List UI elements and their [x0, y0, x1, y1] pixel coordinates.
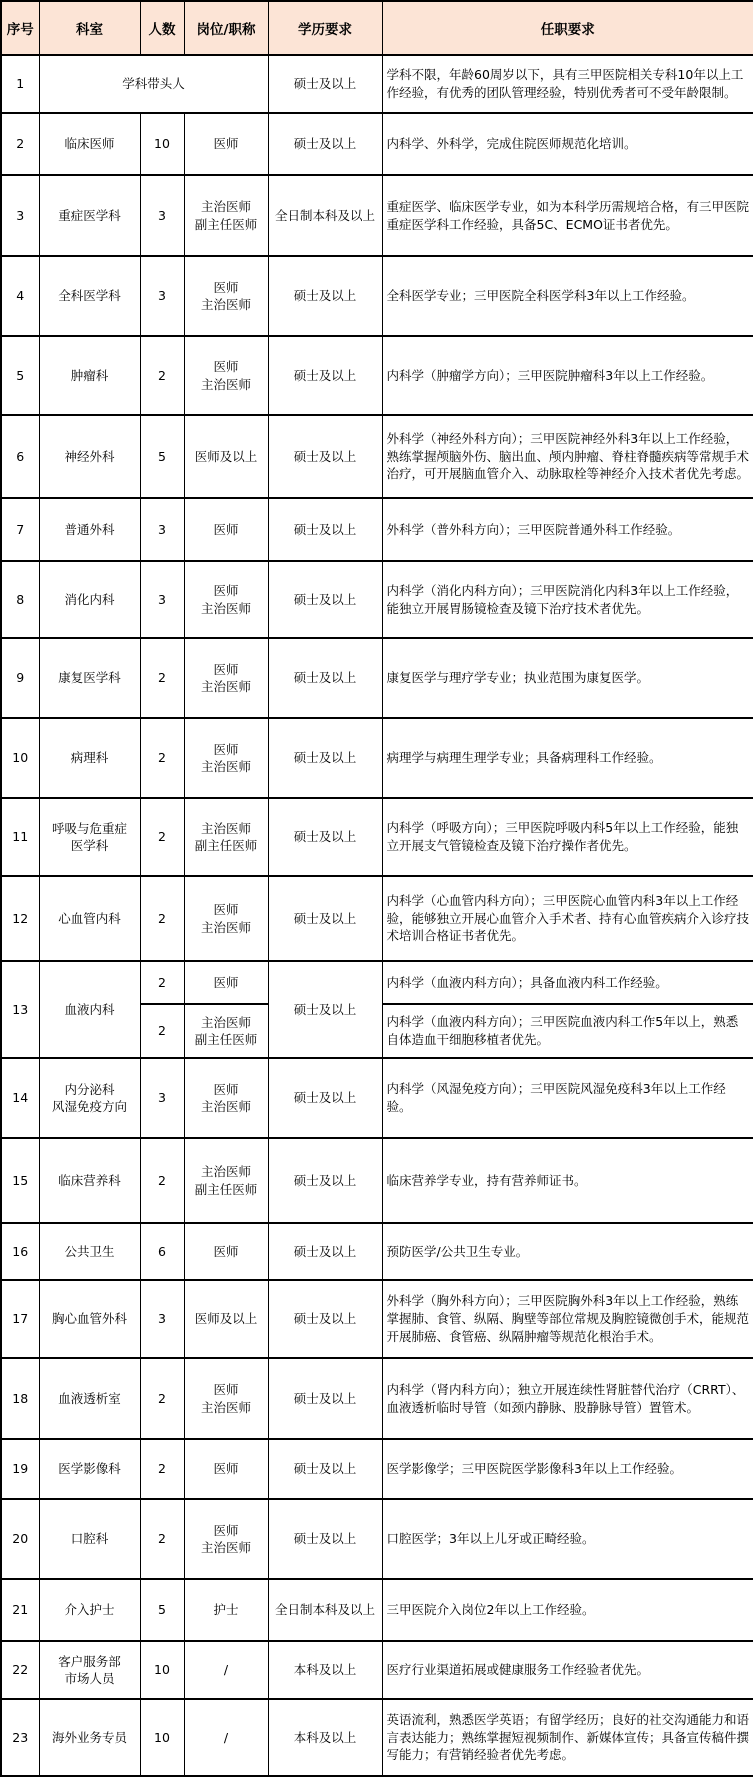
cell-title: 主治医师 副主任医师 — [184, 175, 268, 256]
cell-title: 医师 — [184, 498, 268, 561]
cell-no: 17 — [1, 1280, 39, 1358]
cell-req: 外科学（胸外科方向）；三甲医院胸外科3年以上工作经验，熟练掌握肺、食管、纵隔、胸… — [382, 1280, 753, 1358]
cell-title: 医师 — [184, 113, 268, 175]
cell-req: 学科不限，年龄60周岁以下，具有三甲医院相关专科10年以上工作经验，有优秀的团队… — [382, 55, 753, 113]
cell-no: 3 — [1, 175, 39, 256]
column-header-edu: 学历要求 — [268, 1, 382, 55]
table-row: 1学科带头人硕士及以上学科不限，年龄60周岁以下，具有三甲医院相关专科10年以上… — [1, 55, 753, 113]
cell-title: 医师及以上 — [184, 1280, 268, 1358]
cell-no: 7 — [1, 498, 39, 561]
table-row: 15临床营养科2主治医师 副主任医师硕士及以上临床营养学专业，持有营养师证书。 — [1, 1138, 753, 1223]
column-header-no: 序号 — [1, 1, 39, 55]
table-row: 10病理科2医师 主治医师硕士及以上病理学与病理生理学专业；具备病理科工作经验。 — [1, 718, 753, 798]
cell-no: 18 — [1, 1358, 39, 1439]
recruitment-table: 序号科室人数岗位/职称学历要求任职要求 1学科带头人硕士及以上学科不限，年龄60… — [0, 0, 753, 1777]
cell-no: 12 — [1, 876, 39, 961]
table-row: 8消化内科3医师 主治医师硕士及以上内科学（消化内科方向）；三甲医院消化内科3年… — [1, 561, 753, 638]
table-row: 4全科医学科3医师 主治医师硕士及以上全科医学专业；三甲医院全科医学科3年以上工… — [1, 256, 753, 336]
cell-req: 内科学、外科学，完成住院医师规范化培训。 — [382, 113, 753, 175]
cell-title: 主治医师 副主任医师 — [184, 1138, 268, 1223]
cell-count: 2 — [140, 798, 184, 876]
table-row: 12心血管内科2医师 主治医师硕士及以上内科学（心血管内科方向）；三甲医院心血管… — [1, 876, 753, 961]
cell-title: 医师 主治医师 — [184, 1358, 268, 1439]
cell-req: 内科学（肾内科方向）；独立开展连续性肾脏替代治疗（CRRT）、血液透析临时导管（… — [382, 1358, 753, 1439]
cell-no: 21 — [1, 1579, 39, 1641]
table-row: 22客户服务部 市场人员10/本科及以上医疗行业渠道拓展或健康服务工作经验者优先… — [1, 1641, 753, 1699]
cell-edu: 硕士及以上 — [268, 1499, 382, 1579]
cell-no: 1 — [1, 55, 39, 113]
cell-count: 5 — [140, 1579, 184, 1641]
cell-edu: 硕士及以上 — [268, 798, 382, 876]
cell-count: 10 — [140, 1699, 184, 1776]
cell-title: 主治医师 副主任医师 — [184, 1004, 268, 1058]
cell-req: 外科学（普外科方向）；三甲医院普通外科工作经验。 — [382, 498, 753, 561]
cell-dept: 客户服务部 市场人员 — [39, 1641, 140, 1699]
cell-req: 外科学（神经外科方向）；三甲医院神经外科3年以上工作经验，熟练掌握颅脑外伤、脑出… — [382, 415, 753, 498]
cell-edu: 硕士及以上 — [268, 876, 382, 961]
column-header-title: 岗位/职称 — [184, 1, 268, 55]
cell-edu: 硕士及以上 — [268, 256, 382, 336]
table-row: 3重症医学科3主治医师 副主任医师全日制本科及以上重症医学、临床医学专业，如为本… — [1, 175, 753, 256]
cell-count: 2 — [140, 961, 184, 1004]
cell-dept: 内分泌科 风湿免疫方向 — [39, 1058, 140, 1138]
cell-count: 2 — [140, 336, 184, 415]
cell-dept: 全科医学科 — [39, 256, 140, 336]
column-header-dept: 科室 — [39, 1, 140, 55]
cell-title: 护士 — [184, 1579, 268, 1641]
table-row: 9康复医学科2医师 主治医师硕士及以上康复医学与理疗学专业；执业范围为康复医学。 — [1, 638, 753, 718]
table-row: 16公共卫生6医师硕士及以上预防医学/公共卫生专业。 — [1, 1223, 753, 1280]
cell-req: 三甲医院介入岗位2年以上工作经验。 — [382, 1579, 753, 1641]
cell-edu: 硕士及以上 — [268, 1358, 382, 1439]
cell-dept-merged: 学科带头人 — [39, 55, 268, 113]
cell-no: 2 — [1, 113, 39, 175]
cell-dept: 胸心血管外科 — [39, 1280, 140, 1358]
cell-edu: 本科及以上 — [268, 1699, 382, 1776]
cell-req: 重症医学、临床医学专业，如为本科学历需规培合格，有三甲医院重症医学科工作经验，具… — [382, 175, 753, 256]
cell-req: 内科学（风湿免疫方向）；三甲医院风湿免疫科3年以上工作经验。 — [382, 1058, 753, 1138]
cell-req: 内科学（呼吸方向）；三甲医院呼吸内科5年以上工作经验，能独立开展支气管镜检查及镜… — [382, 798, 753, 876]
cell-count: 10 — [140, 1641, 184, 1699]
cell-edu: 硕士及以上 — [268, 1058, 382, 1138]
cell-edu: 硕士及以上 — [268, 415, 382, 498]
cell-edu: 全日制本科及以上 — [268, 1579, 382, 1641]
cell-no: 8 — [1, 561, 39, 638]
cell-count: 2 — [140, 1439, 184, 1499]
cell-count: 2 — [140, 1138, 184, 1223]
cell-dept: 海外业务专员 — [39, 1699, 140, 1776]
table-row: 23海外业务专员10/本科及以上英语流利，熟悉医学英语；有留学经历；良好的社交沟… — [1, 1699, 753, 1776]
cell-req: 内科学（消化内科方向）；三甲医院消化内科3年以上工作经验，能独立开展胃肠镜检查及… — [382, 561, 753, 638]
cell-dept: 临床医师 — [39, 113, 140, 175]
cell-req: 医学影像学；三甲医院医学影像科3年以上工作经验。 — [382, 1439, 753, 1499]
cell-count: 3 — [140, 175, 184, 256]
cell-req: 内科学（血液内科方向）；三甲医院血液内科工作5年以上，熟悉自体造血干细胞移植者优… — [382, 1004, 753, 1058]
cell-no: 15 — [1, 1138, 39, 1223]
cell-count: 3 — [140, 498, 184, 561]
cell-edu: 硕士及以上 — [268, 1280, 382, 1358]
cell-count: 2 — [140, 1358, 184, 1439]
cell-req: 口腔医学；3年以上儿牙或正畸经验。 — [382, 1499, 753, 1579]
cell-req: 临床营养学专业，持有营养师证书。 — [382, 1138, 753, 1223]
table-header: 序号科室人数岗位/职称学历要求任职要求 — [1, 1, 753, 55]
cell-edu: 本科及以上 — [268, 1641, 382, 1699]
cell-req: 医疗行业渠道拓展或健康服务工作经验者优先。 — [382, 1641, 753, 1699]
table-row: 14内分泌科 风湿免疫方向3医师 主治医师硕士及以上内科学（风湿免疫方向）；三甲… — [1, 1058, 753, 1138]
cell-title: 医师 主治医师 — [184, 876, 268, 961]
cell-dept: 介入护士 — [39, 1579, 140, 1641]
cell-title: 医师 — [184, 1439, 268, 1499]
table-body: 1学科带头人硕士及以上学科不限，年龄60周岁以下，具有三甲医院相关专科10年以上… — [1, 55, 753, 1776]
table-row: 21介入护士5护士全日制本科及以上三甲医院介入岗位2年以上工作经验。 — [1, 1579, 753, 1641]
cell-edu: 硕士及以上 — [268, 113, 382, 175]
cell-count: 3 — [140, 561, 184, 638]
cell-dept: 病理科 — [39, 718, 140, 798]
cell-req: 病理学与病理生理学专业；具备病理科工作经验。 — [382, 718, 753, 798]
cell-no: 11 — [1, 798, 39, 876]
cell-no: 13 — [1, 961, 39, 1058]
cell-no: 6 — [1, 415, 39, 498]
cell-no: 19 — [1, 1439, 39, 1499]
cell-count: 3 — [140, 256, 184, 336]
cell-edu: 硕士及以上 — [268, 638, 382, 718]
cell-count: 2 — [140, 876, 184, 961]
cell-req: 预防医学/公共卫生专业。 — [382, 1223, 753, 1280]
cell-no: 4 — [1, 256, 39, 336]
table-row: 18血液透析室2医师 主治医师硕士及以上内科学（肾内科方向）；独立开展连续性肾脏… — [1, 1358, 753, 1439]
cell-dept: 康复医学科 — [39, 638, 140, 718]
cell-dept: 心血管内科 — [39, 876, 140, 961]
cell-count: 6 — [140, 1223, 184, 1280]
cell-no: 20 — [1, 1499, 39, 1579]
cell-no: 22 — [1, 1641, 39, 1699]
cell-count: 5 — [140, 415, 184, 498]
table-row: 7普通外科3医师硕士及以上外科学（普外科方向）；三甲医院普通外科工作经验。 — [1, 498, 753, 561]
cell-dept: 临床营养科 — [39, 1138, 140, 1223]
cell-edu: 硕士及以上 — [268, 561, 382, 638]
cell-title: 医师 主治医师 — [184, 1058, 268, 1138]
recruitment-table-container: 序号科室人数岗位/职称学历要求任职要求 1学科带头人硕士及以上学科不限，年龄60… — [0, 0, 753, 1777]
cell-title: 医师 主治医师 — [184, 718, 268, 798]
cell-edu: 硕士及以上 — [268, 961, 382, 1058]
cell-title: / — [184, 1699, 268, 1776]
cell-title: 医师 主治医师 — [184, 336, 268, 415]
cell-count: 2 — [140, 1004, 184, 1058]
cell-title: 医师 主治医师 — [184, 561, 268, 638]
cell-title: / — [184, 1641, 268, 1699]
cell-edu: 硕士及以上 — [268, 55, 382, 113]
cell-req: 内科学（肿瘤学方向）；三甲医院肿瘤科3年以上工作经验。 — [382, 336, 753, 415]
cell-title: 主治医师 副主任医师 — [184, 798, 268, 876]
cell-dept: 神经外科 — [39, 415, 140, 498]
cell-dept: 医学影像科 — [39, 1439, 140, 1499]
cell-no: 23 — [1, 1699, 39, 1776]
cell-no: 16 — [1, 1223, 39, 1280]
cell-dept: 公共卫生 — [39, 1223, 140, 1280]
cell-no: 9 — [1, 638, 39, 718]
cell-dept: 重症医学科 — [39, 175, 140, 256]
table-row: 11呼吸与危重症 医学科2主治医师 副主任医师硕士及以上内科学（呼吸方向）；三甲… — [1, 798, 753, 876]
cell-dept: 血液透析室 — [39, 1358, 140, 1439]
cell-no: 5 — [1, 336, 39, 415]
cell-req: 内科学（血液内科方向）；具备血液内科工作经验。 — [382, 961, 753, 1004]
table-row: 6神经外科5医师及以上硕士及以上外科学（神经外科方向）；三甲医院神经外科3年以上… — [1, 415, 753, 498]
cell-count: 3 — [140, 1058, 184, 1138]
table-row: 19医学影像科2医师硕士及以上医学影像学；三甲医院医学影像科3年以上工作经验。 — [1, 1439, 753, 1499]
cell-req: 英语流利，熟悉医学英语；有留学经历；良好的社交沟通能力和语言表达能力；熟练掌握短… — [382, 1699, 753, 1776]
table-row: 20口腔科2医师 主治医师硕士及以上口腔医学；3年以上儿牙或正畸经验。 — [1, 1499, 753, 1579]
table-row: 2临床医师10医师硕士及以上内科学、外科学，完成住院医师规范化培训。 — [1, 113, 753, 175]
cell-count: 2 — [140, 638, 184, 718]
cell-dept: 血液内科 — [39, 961, 140, 1058]
cell-req: 全科医学专业；三甲医院全科医学科3年以上工作经验。 — [382, 256, 753, 336]
table-row: 13血液内科2医师硕士及以上内科学（血液内科方向）；具备血液内科工作经验。 — [1, 961, 753, 1004]
cell-dept: 消化内科 — [39, 561, 140, 638]
cell-count: 10 — [140, 113, 184, 175]
cell-title: 医师及以上 — [184, 415, 268, 498]
cell-edu: 硕士及以上 — [268, 1138, 382, 1223]
cell-edu: 硕士及以上 — [268, 1439, 382, 1499]
cell-title: 医师 主治医师 — [184, 256, 268, 336]
cell-req: 康复医学与理疗学专业；执业范围为康复医学。 — [382, 638, 753, 718]
table-row: 17胸心血管外科3医师及以上硕士及以上外科学（胸外科方向）；三甲医院胸外科3年以… — [1, 1280, 753, 1358]
cell-dept: 口腔科 — [39, 1499, 140, 1579]
cell-edu: 硕士及以上 — [268, 1223, 382, 1280]
cell-edu: 硕士及以上 — [268, 718, 382, 798]
cell-count: 2 — [140, 1499, 184, 1579]
cell-edu: 硕士及以上 — [268, 336, 382, 415]
cell-dept: 呼吸与危重症 医学科 — [39, 798, 140, 876]
table-row: 5肿瘤科2医师 主治医师硕士及以上内科学（肿瘤学方向）；三甲医院肿瘤科3年以上工… — [1, 336, 753, 415]
cell-title: 医师 — [184, 961, 268, 1004]
cell-no: 10 — [1, 718, 39, 798]
cell-dept: 普通外科 — [39, 498, 140, 561]
cell-title: 医师 主治医师 — [184, 638, 268, 718]
cell-count: 3 — [140, 1280, 184, 1358]
cell-title: 医师 — [184, 1223, 268, 1280]
column-header-req: 任职要求 — [382, 1, 753, 55]
cell-req: 内科学（心血管内科方向）；三甲医院心血管内科3年以上工作经验，能够独立开展心血管… — [382, 876, 753, 961]
cell-count: 2 — [140, 718, 184, 798]
cell-edu: 硕士及以上 — [268, 498, 382, 561]
cell-title: 医师 主治医师 — [184, 1499, 268, 1579]
cell-edu: 全日制本科及以上 — [268, 175, 382, 256]
header-row: 序号科室人数岗位/职称学历要求任职要求 — [1, 1, 753, 55]
column-header-count: 人数 — [140, 1, 184, 55]
cell-dept: 肿瘤科 — [39, 336, 140, 415]
cell-no: 14 — [1, 1058, 39, 1138]
